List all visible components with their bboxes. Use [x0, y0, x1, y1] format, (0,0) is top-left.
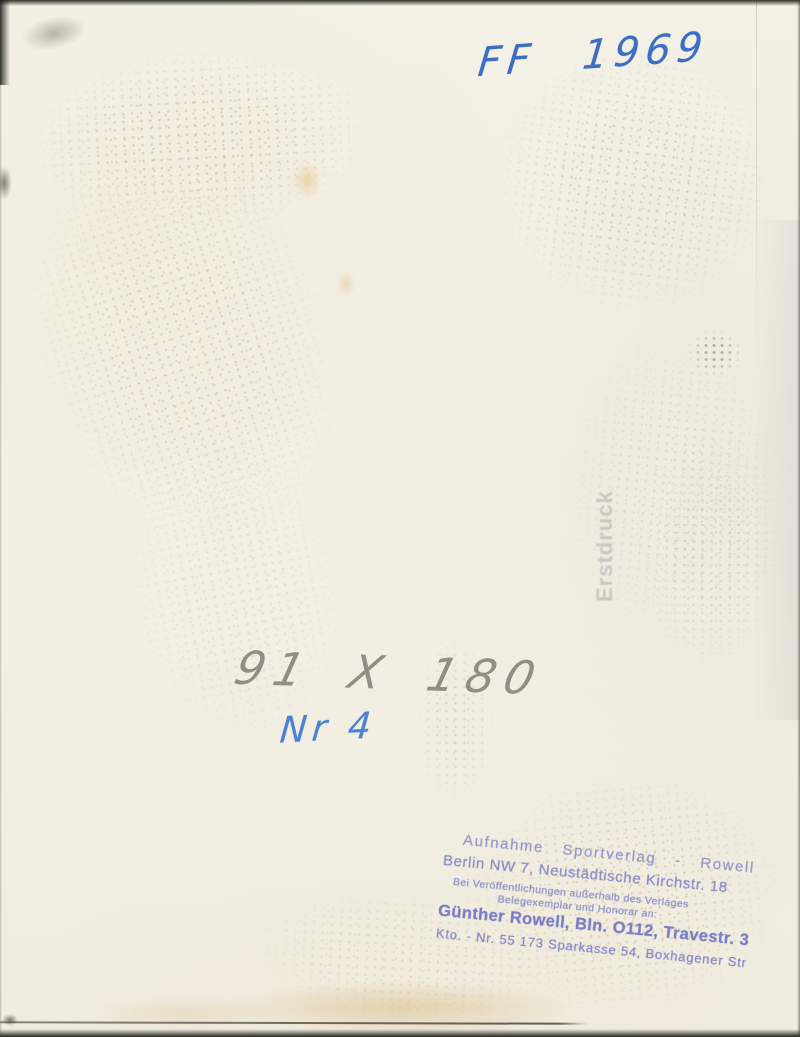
faint-vertical-stamp: Erstdruck — [592, 472, 618, 602]
photo-edge-left — [0, 0, 2, 1037]
handwritten-number-note: Nr 4 — [278, 705, 378, 751]
tan-spot — [292, 160, 322, 200]
gray-smudge — [17, 9, 91, 56]
photo-edge-bottom — [0, 1029, 800, 1037]
paper-shading — [752, 220, 800, 720]
bottom-stain — [225, 982, 575, 1034]
photo-back: FF 1969 91 X 180 Nr 4 Erstdruck Aufnahme… — [0, 0, 800, 1037]
photo-corner-dark — [0, 0, 10, 85]
gray-smudge — [686, 328, 744, 378]
handwritten-size-note: 91 X 180 — [229, 641, 549, 705]
pencil-corner-mark — [2, 1014, 18, 1026]
photo-edge-top — [0, 0, 800, 6]
crease-line — [756, 0, 757, 370]
tan-spot — [336, 270, 356, 298]
